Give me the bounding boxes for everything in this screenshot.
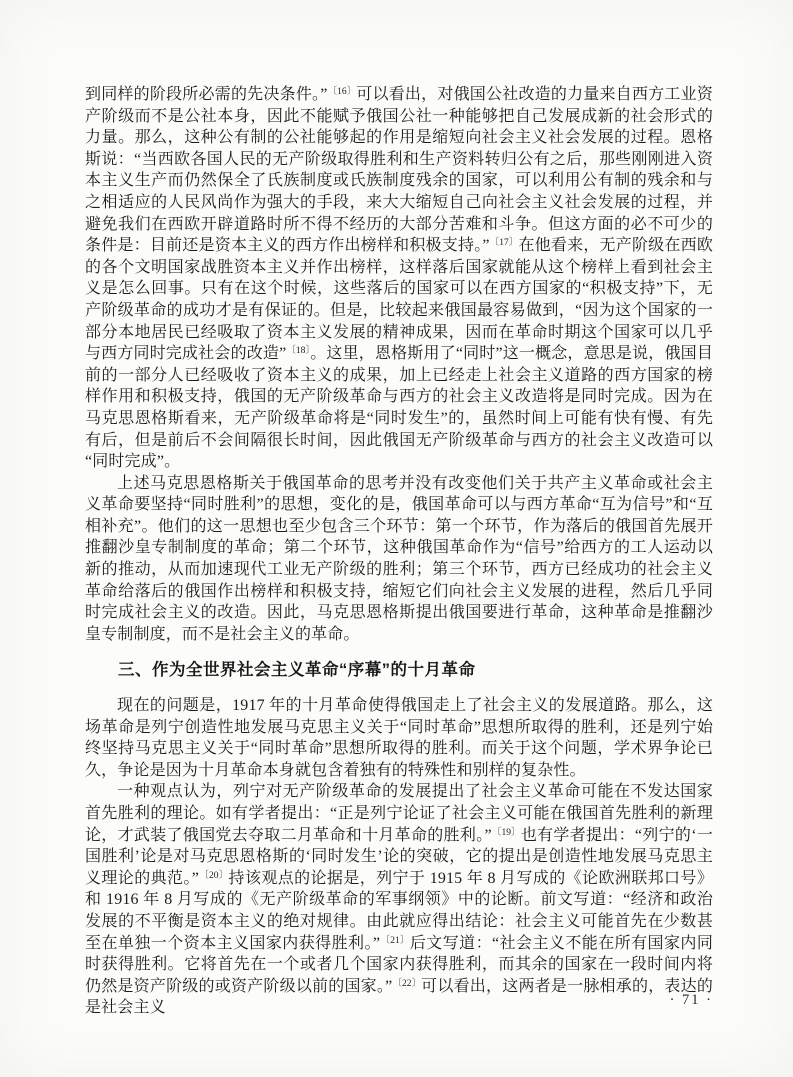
- body-paragraph: 上述马克思恩格斯关于俄国革命的思考并没有改变他们关于共产主义革命或社会主义革命要…: [85, 473, 713, 646]
- body-paragraph: 一种观点认为，列宁对无产阶级革命的发展提出了社会主义革命可能在不发达国家首先胜利…: [85, 781, 713, 1019]
- footnote-ref: 〔16〕: [328, 87, 357, 97]
- footnote-ref: 〔22〕: [392, 979, 421, 989]
- footnote-ref: 〔18〕: [286, 346, 310, 356]
- page-number: · 71 ·: [85, 992, 713, 1009]
- footnote-ref: 〔17〕: [490, 238, 519, 248]
- document-page: 到同样的阶段所必需的先决条件。”〔16〕可以看出，对俄国公社改造的力量来自西方工…: [0, 0, 793, 1077]
- body-paragraph: 到同样的阶段所必需的先决条件。”〔16〕可以看出，对俄国公社改造的力量来自西方工…: [85, 84, 713, 473]
- section-heading: 三、作为全世界社会主义革命“序幕”的十月革命: [85, 660, 713, 682]
- page-body: 到同样的阶段所必需的先决条件。”〔16〕可以看出，对俄国公社改造的力量来自西方工…: [85, 84, 713, 1019]
- body-paragraph: 现在的问题是，1917 年的十月革命使得俄国走上了社会主义的发展道路。那么，这场…: [85, 695, 713, 781]
- footnote-ref: 〔21〕: [380, 936, 410, 946]
- footnote-ref: 〔19〕: [492, 828, 521, 838]
- footnote-ref: 〔20〕: [199, 871, 229, 881]
